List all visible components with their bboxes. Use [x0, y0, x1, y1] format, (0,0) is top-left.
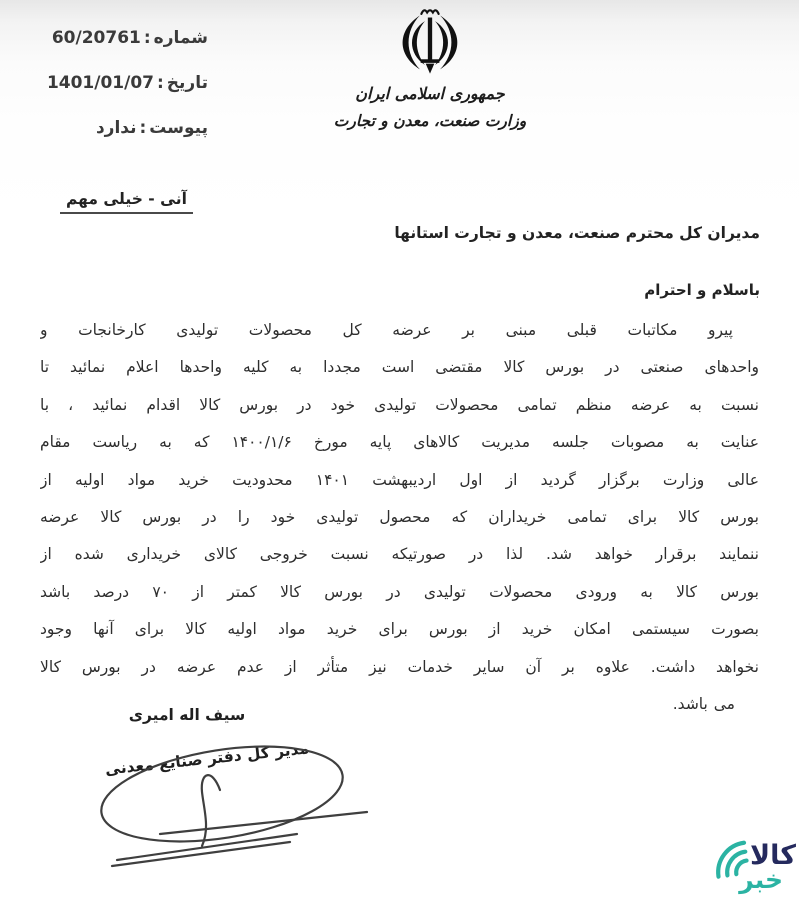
ministry-title: وزارت صنعت، معدن و تجارت [325, 112, 535, 130]
colon: : [139, 118, 146, 138]
watermark-word-khabar: خبر [739, 867, 783, 892]
body-line: ننمایند برقرار خواهد شد. لذا در صورتیکه … [40, 536, 759, 573]
attachment-label: پیوست [149, 118, 208, 138]
body-line: عالی وزارت برگزار گردید از اول اردیبهشت … [40, 462, 759, 499]
letter-page: شماره:60/20761 تاریخ:1401/01/07 پیوست:ند… [0, 0, 799, 900]
body-line: بورس کالا برای تمامی خریداران که محصول ت… [40, 499, 759, 536]
urgency-subject: آنی - خیلی مهم [60, 190, 193, 214]
body-line: نسبت به عرضه منظم تمامی محصولات تولیدی خ… [40, 387, 759, 424]
letter-meta: شماره:60/20761 تاریخ:1401/01/07 پیوست:ند… [58, 28, 208, 163]
handwritten-signature [62, 742, 382, 892]
colon: : [144, 28, 151, 48]
letterhead-center: جمهوری اسلامی ایران وزارت صنعت، معدن و ت… [325, 6, 535, 130]
country-title: جمهوری اسلامی ایران [325, 84, 535, 103]
body-line: بصورت سیستمی امکان خرید از بورس برای خری… [40, 611, 759, 648]
iran-emblem-icon [393, 6, 467, 78]
meta-row-attachment: پیوست:ندارد [58, 118, 208, 138]
attachment-value: ندارد [96, 118, 137, 138]
body-line: واحدهای صنعتی در بورس کالا مقتضی است مجد… [40, 349, 759, 386]
recipient-line: مدیران کل محترم صنعت، معدن و تجارت استان… [394, 224, 760, 242]
body-line: بورس کالا به ورودی محصولات تولیدی در بور… [40, 574, 759, 611]
letter-body: پیرو مکاتبات قبلی مبنی بر عرضه کل محصولا… [40, 312, 759, 723]
body-line: پیرو مکاتبات قبلی مبنی بر عرضه کل محصولا… [40, 312, 759, 349]
colon: : [157, 73, 164, 93]
signer-name: سیف اله امیری [112, 706, 262, 724]
body-line: عنایت به مصوبات جلسه مدیریت کالاهای پایه… [40, 424, 759, 461]
kalakhabar-watermark-logo: کالا خبر [708, 837, 796, 899]
body-line: نخواهد داشت. علاوه بر آن سایر خدمات نیز … [40, 649, 759, 686]
salutation: باسلام و احترام [644, 281, 760, 299]
number-value: 60/20761 [52, 28, 141, 48]
meta-row-date: تاریخ:1401/01/07 [58, 73, 208, 93]
date-value: 1401/01/07 [47, 73, 154, 93]
meta-row-number: شماره:60/20761 [58, 28, 208, 48]
number-label: شماره [154, 28, 208, 48]
date-label: تاریخ [167, 73, 208, 93]
